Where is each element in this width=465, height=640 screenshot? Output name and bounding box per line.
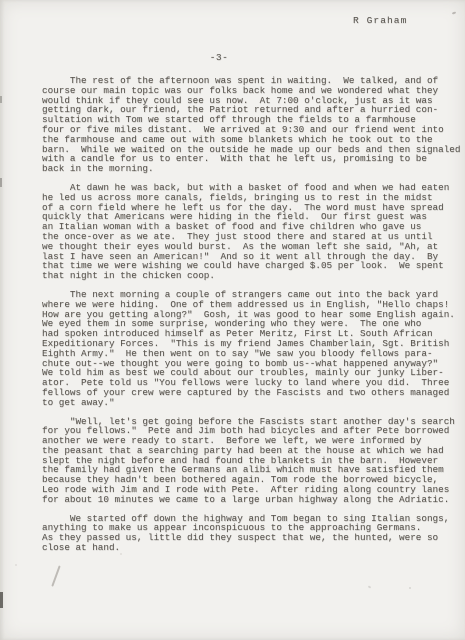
scan-speck (368, 585, 372, 588)
paragraph-2: At dawn he was back, but with a basket o… (42, 183, 465, 281)
paragraph-4: "Well, let's get going before the Fascis… (42, 417, 465, 505)
scan-speck (15, 564, 17, 566)
document-page: R Graham -3- The rest of the afternoon w… (0, 0, 465, 640)
scan-speck (452, 11, 456, 14)
page-number: -3- (0, 52, 438, 63)
scan-edge-artifact (0, 96, 2, 103)
scan-speck (120, 553, 122, 555)
paragraph-5: We started off down the highway and Tom … (42, 514, 465, 553)
scan-speck (409, 587, 411, 589)
pencil-mark (51, 565, 60, 586)
author-name: R Graham (353, 15, 407, 26)
scan-edge-artifact (0, 178, 2, 187)
paragraph-1: The rest of the afternoon was spent in w… (42, 76, 465, 174)
scan-edge-artifact (0, 592, 3, 608)
document-body: The rest of the afternoon was spent in w… (42, 76, 465, 562)
paragraph-3: The next morning a couple of strangers c… (42, 290, 465, 408)
